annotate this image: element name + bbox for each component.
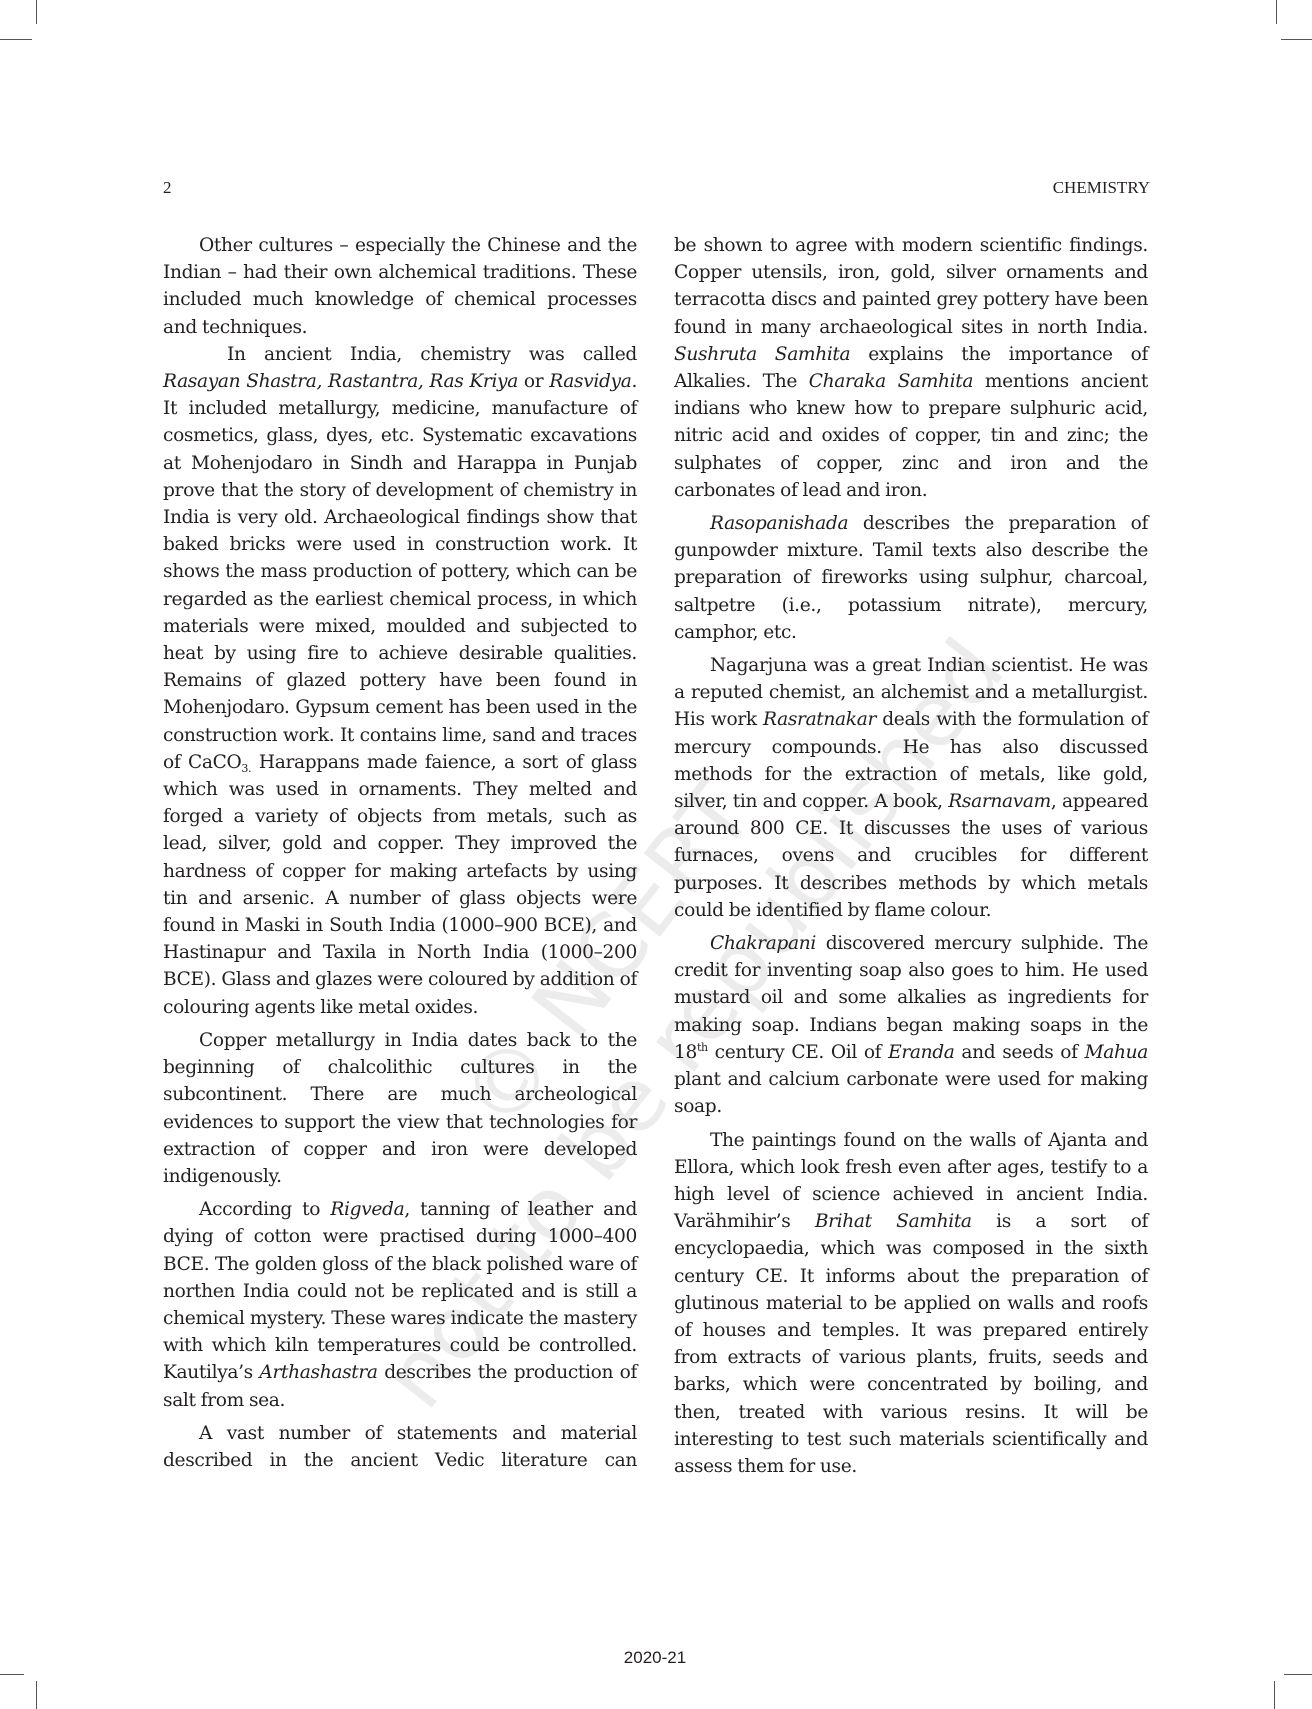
text: Harappans made faience, a sort of glass …: [163, 752, 637, 1018]
superscript-th: th: [697, 1041, 708, 1054]
paragraph-ajanta-ellora: The paintings found on the walls of Ajan…: [674, 1127, 1148, 1481]
text: is a sort of encyclopaedia, which was co…: [674, 1211, 1148, 1477]
paragraph-vedic-literature: A vast number of statements and material…: [163, 1420, 637, 1474]
text: be shown to agree with modern scientific…: [674, 235, 1148, 338]
text: . It included metallurgy, medicine, manu…: [163, 371, 637, 773]
subscript-3: 3.: [241, 762, 251, 775]
term-rasayan-names: Rasayan Shastra, Rastantra, Ras Kriya: [163, 371, 518, 392]
text: plant and calcium carbonate were used fo…: [674, 1069, 1148, 1117]
edition-footer: 2020-21: [0, 1648, 1311, 1668]
paragraph-rasopanishada: Rasopanishada describes the preparation …: [674, 510, 1148, 646]
left-column: Other cultures – especially the Chinese …: [163, 232, 637, 1480]
term-charaka-samhita: Charaka Samhita: [809, 371, 973, 392]
term-rigveda: Rigveda: [330, 1199, 404, 1220]
paragraph-modern-findings: be shown to agree with modern scientific…: [674, 232, 1148, 504]
term-rasvidya: Rasvidya: [549, 371, 631, 392]
term-rsarnavam: Rsarnavam: [948, 791, 1051, 812]
crop-mark-top-right-horizontal: [1281, 39, 1312, 40]
paragraph-rigveda: According to Rigveda, tanning of leather…: [163, 1196, 637, 1414]
paragraph-chakrapani: Chakrapani discovered mercury sulphide. …: [674, 930, 1148, 1120]
crop-mark-bottom-left-horizontal: [0, 1674, 24, 1675]
crop-mark-top-right-vertical: [1276, 0, 1277, 24]
page-number: 2: [163, 178, 172, 198]
crop-mark-bottom-right-horizontal: [1284, 1674, 1312, 1675]
crop-mark-bottom-left-vertical: [36, 1681, 37, 1709]
term-rasratnakar: Rasratnakar: [763, 709, 876, 730]
running-title: CHEMISTRY: [1053, 178, 1150, 198]
text: In ancient India, chemistry was called: [227, 344, 637, 365]
term-rasopanishada: Rasopanishada: [710, 513, 848, 534]
term-sushruta-samhita: Sushruta Samhita: [674, 344, 850, 365]
paragraph-ancient-india: In ancient India, chemistry was called R…: [163, 341, 637, 1021]
term-arthashastra: Arthashastra: [259, 1362, 377, 1383]
paragraph-copper-metallurgy: Copper metallurgy in India dates back to…: [163, 1027, 637, 1190]
term-mahua: Mahua: [1085, 1042, 1148, 1063]
text: According to: [199, 1199, 330, 1220]
crop-mark-top-left-horizontal: [0, 39, 32, 40]
paragraph-other-cultures: Other cultures – especially the Chinese …: [163, 232, 637, 341]
text: , tanning of leather and dying of cotton…: [163, 1199, 637, 1383]
term-chakrapani: Chakrapani: [710, 933, 816, 954]
right-column: be shown to agree with modern scientific…: [674, 232, 1148, 1486]
term-brihat-samhita: Brihat Samhita: [815, 1211, 972, 1232]
paragraph-nagarjuna: Nagarjuna was a great Indian scientist. …: [674, 652, 1148, 924]
text: or: [518, 371, 549, 392]
term-eranda: Eranda: [888, 1042, 954, 1063]
text: and seeds of: [955, 1042, 1085, 1063]
crop-mark-bottom-right-vertical: [1274, 1681, 1275, 1709]
text: century CE. Oil of: [708, 1042, 888, 1063]
crop-mark-top-left-vertical: [36, 0, 37, 24]
